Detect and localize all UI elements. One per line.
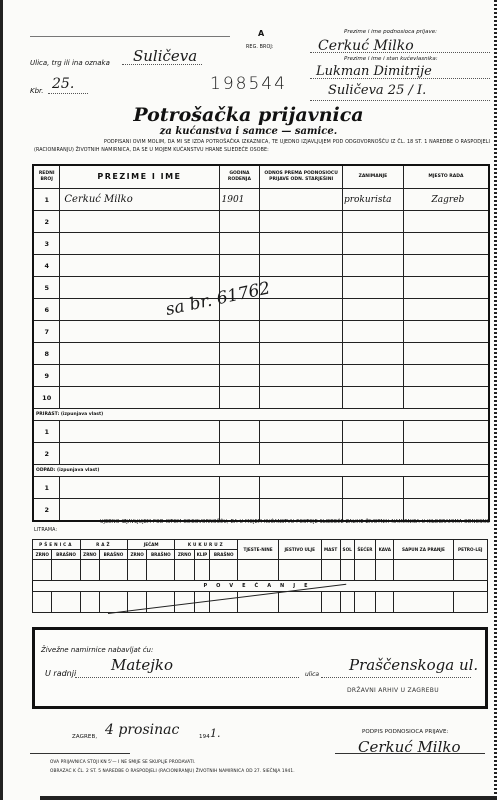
relation[interactable] xyxy=(260,189,343,211)
person-name[interactable] xyxy=(60,343,219,365)
household-table: REDNI BROJ PREZIME I IME GODINA RODENJA … xyxy=(32,164,490,522)
col-header-no: REDNI BROJ xyxy=(33,165,60,189)
workplace[interactable] xyxy=(403,233,489,255)
table-row: 3 xyxy=(33,233,489,255)
birth-year[interactable] xyxy=(219,421,260,443)
person-name[interactable] xyxy=(60,387,219,409)
owner-line xyxy=(310,78,490,79)
workplace[interactable] xyxy=(403,499,489,522)
workplace[interactable]: Zagreb xyxy=(403,189,489,211)
birth-year[interactable] xyxy=(219,443,260,465)
col-header-occupation: ZANIMANJE xyxy=(342,165,403,189)
stock-cell[interactable] xyxy=(80,592,99,613)
stock-cell[interactable] xyxy=(52,592,80,613)
relation[interactable] xyxy=(260,321,343,343)
stock-cell[interactable] xyxy=(376,560,394,581)
owner-label: Prezime i ime i stan kućevlasnika: xyxy=(344,56,438,62)
form-regulation-note: OBRAZAC K ČL. 2 ST. 5 NAREDBE O RASPODJE… xyxy=(50,769,295,774)
person-name[interactable] xyxy=(60,499,219,522)
col-header-lard: MAST xyxy=(321,540,340,560)
year-prefix: 194 xyxy=(199,734,210,740)
row-number: 5 xyxy=(33,277,60,299)
shop-line xyxy=(75,677,299,678)
stock-cell[interactable] xyxy=(278,592,321,613)
stock-cell[interactable] xyxy=(394,560,453,581)
occupation[interactable] xyxy=(342,211,403,233)
relation[interactable] xyxy=(260,299,343,321)
person-name[interactable]: Cerkuć Milko xyxy=(60,189,219,211)
occupation[interactable] xyxy=(342,477,403,499)
increase-band-label: POVEĆANJE xyxy=(33,581,488,592)
relation[interactable] xyxy=(260,365,343,387)
birth-year[interactable] xyxy=(219,365,260,387)
relation[interactable] xyxy=(260,477,343,499)
reg-number-label: REG. BROJ: xyxy=(246,45,274,50)
row-number: 10 xyxy=(33,387,60,409)
table-row: 8 xyxy=(33,343,489,365)
workplace[interactable] xyxy=(403,421,489,443)
group-header-barley: JEČAM xyxy=(127,540,174,550)
date-value: 4 prosinac xyxy=(105,722,179,738)
shop-street-label: ulica xyxy=(305,671,319,678)
price-note: OVA PRIJAVNICA STOJI KN 5'— I NE SMIJE S… xyxy=(50,760,195,765)
increase-section-header: PRIRAST: (izpunjava vlast) xyxy=(33,409,489,421)
stock-cell[interactable] xyxy=(278,560,321,581)
workplace[interactable] xyxy=(403,277,489,299)
row-number: 6 xyxy=(33,299,60,321)
stock-cell[interactable] xyxy=(394,592,453,613)
stock-cell[interactable] xyxy=(147,560,175,581)
year-value: 1. xyxy=(210,727,221,740)
increase-label: PRIRAST: (izpunjava vlast) xyxy=(33,409,489,421)
archive-stamp: DRŽAVNI ARHIV U ZAGREBU xyxy=(347,687,439,694)
owner-address-line xyxy=(310,100,490,101)
occupation[interactable] xyxy=(342,321,403,343)
stock-values-row xyxy=(33,560,488,581)
person-name[interactable] xyxy=(60,365,219,387)
workplace[interactable] xyxy=(403,343,489,365)
relation[interactable] xyxy=(260,233,343,255)
col-header-salt: SOL xyxy=(340,540,354,560)
relation[interactable] xyxy=(260,387,343,409)
person-name[interactable] xyxy=(60,321,219,343)
col-header-coffee: KAVA xyxy=(376,540,394,560)
relation[interactable] xyxy=(260,443,343,465)
household-header-row: REDNI BROJ PREZIME I IME GODINA RODENJA … xyxy=(33,165,489,189)
stock-cell[interactable] xyxy=(33,560,52,581)
stock-cell[interactable] xyxy=(340,592,354,613)
sub-header-corn-flour: BRAŠNO xyxy=(210,550,238,560)
applicant-label: Prezime i ime podnosioca prijave: xyxy=(344,29,437,35)
group-header-corn: KUKURUZ xyxy=(175,540,238,550)
stock-cell[interactable] xyxy=(376,592,394,613)
sub-header-rye-flour: BRAŠNO xyxy=(99,550,127,560)
shop-street-line xyxy=(321,677,471,678)
row-number: 1 xyxy=(33,477,60,499)
relation[interactable] xyxy=(260,277,343,299)
stock-cell[interactable] xyxy=(210,592,238,613)
workplace[interactable] xyxy=(403,255,489,277)
sub-header-wheat-flour: BRAŠNO xyxy=(52,550,80,560)
stock-cell[interactable] xyxy=(147,592,175,613)
workplace[interactable] xyxy=(403,443,489,465)
occupation[interactable] xyxy=(342,421,403,443)
relation[interactable] xyxy=(260,255,343,277)
shop-heading: Živežne namirnice nabavljat ću: xyxy=(41,646,153,654)
workplace[interactable] xyxy=(403,387,489,409)
col-header-oil: JESTIVO ULJE xyxy=(278,540,321,560)
street-label: Ulica, trg ili ina oznaka xyxy=(30,59,110,67)
decrease-section-header: ODPAD: (izpunjava vlast) xyxy=(33,465,489,477)
row-number: 1 xyxy=(33,421,60,443)
sub-header-corn-grain: ZRNO xyxy=(175,550,194,560)
row-number: 3 xyxy=(33,233,60,255)
shop-street-value: Praščenskoga ul. xyxy=(349,656,478,674)
workplace[interactable] xyxy=(403,477,489,499)
stock-cell[interactable] xyxy=(99,592,127,613)
top-rule xyxy=(30,36,230,37)
table-row: 2 xyxy=(33,211,489,233)
stock-cell[interactable] xyxy=(321,592,340,613)
birth-year[interactable] xyxy=(219,211,260,233)
table-row: 6 xyxy=(33,299,489,321)
table-row: 4 xyxy=(33,255,489,277)
form-subtitle: za kućanstva i samce — samice. xyxy=(0,126,497,137)
birth-year[interactable] xyxy=(219,499,260,522)
occupation[interactable] xyxy=(342,443,403,465)
row-number: 2 xyxy=(33,211,60,233)
intro-text: PODPISANI OVIM MOLIM, DA MI SE IZDA POTR… xyxy=(34,139,490,155)
col-header-name: PREZIME I IME xyxy=(60,165,219,189)
table-row: 1 xyxy=(33,421,489,443)
workplace[interactable] xyxy=(403,211,489,233)
col-header-relation: ODNOS PREMA PODNOSIOCU PRIJAVE ODN. STAR… xyxy=(260,165,343,189)
stock-cell[interactable] xyxy=(354,560,376,581)
stock-cell[interactable] xyxy=(453,592,487,613)
form-title: Potrošačka prijavnica xyxy=(0,104,497,126)
workplace[interactable] xyxy=(403,321,489,343)
occupation[interactable] xyxy=(342,299,403,321)
ration-registration-form: Ulica, trg ili ina oznaka Suličeva Kbr. … xyxy=(0,0,497,800)
stock-group-header-row: PŠENICA RAŽ JEČAM KUKURUZ TJESTE-NINE JE… xyxy=(33,540,488,550)
person-name[interactable] xyxy=(60,443,219,465)
shop-value: Matejko xyxy=(111,656,173,674)
occupation[interactable]: prokurista xyxy=(342,189,403,211)
occupation[interactable] xyxy=(342,499,403,522)
col-header-soap: SAPUN ZA PRANJE xyxy=(394,540,453,560)
decrease-label: ODPAD: (izpunjava vlast) xyxy=(33,465,489,477)
table-row: 10 xyxy=(33,387,489,409)
occupation[interactable] xyxy=(342,387,403,409)
street-value: Suličeva xyxy=(133,47,197,65)
stock-cell[interactable] xyxy=(453,560,487,581)
person-name[interactable] xyxy=(60,211,219,233)
birth-year[interactable] xyxy=(219,321,260,343)
stock-cell[interactable] xyxy=(238,560,279,581)
place-label: ZAGREB, xyxy=(72,734,97,740)
stock-cell[interactable] xyxy=(80,560,99,581)
table-row: 9 xyxy=(33,365,489,387)
workplace[interactable] xyxy=(403,365,489,387)
birth-year[interactable]: 1901 xyxy=(219,189,260,211)
stock-intro-text: UJEDNO IZJAVLJUJEM POD ISTOM ODGOVORNOŠĆ… xyxy=(34,519,490,535)
col-header-sugar: ŠEĆER xyxy=(354,540,376,560)
grocery-shop-box: Živežne namirnice nabavljat ću: U radnji… xyxy=(32,627,488,709)
table-row: 2 xyxy=(33,499,489,522)
row-number: 2 xyxy=(33,499,60,522)
birth-year[interactable] xyxy=(219,387,260,409)
table-row: 7 xyxy=(33,321,489,343)
series-letter: A xyxy=(258,29,264,38)
increase-band-row: POVEĆANJE xyxy=(33,581,488,592)
sub-header-wheat-grain: ZRNO xyxy=(33,550,52,560)
table-row: 1 xyxy=(33,477,489,499)
shop-label: U radnji xyxy=(45,669,76,678)
house-number-line xyxy=(48,93,88,94)
birth-year[interactable] xyxy=(219,477,260,499)
birth-year[interactable] xyxy=(219,255,260,277)
stock-cell[interactable] xyxy=(33,592,52,613)
sub-header-barley-grain: ZRNO xyxy=(127,550,146,560)
relation[interactable] xyxy=(260,499,343,522)
stock-cell[interactable] xyxy=(127,560,146,581)
person-name[interactable] xyxy=(60,421,219,443)
stock-cell[interactable] xyxy=(354,592,376,613)
footer-rule-left xyxy=(30,753,130,754)
row-number: 7 xyxy=(33,321,60,343)
stock-cell[interactable] xyxy=(210,560,238,581)
col-header-petroleum: PETRO-LEJ xyxy=(453,540,487,560)
reg-number-value: 198544 xyxy=(210,74,287,94)
sub-header-barley-flour: BRAŠNO xyxy=(147,550,175,560)
workplace[interactable] xyxy=(403,299,489,321)
col-header-pasta: TJESTE-NINE xyxy=(238,540,279,560)
occupation[interactable] xyxy=(342,365,403,387)
birth-year[interactable] xyxy=(219,233,260,255)
applicant-line xyxy=(310,52,490,53)
col-header-workplace: MJESTO RADA xyxy=(403,165,489,189)
stock-cell[interactable] xyxy=(175,560,194,581)
row-number: 4 xyxy=(33,255,60,277)
birth-year[interactable] xyxy=(219,343,260,365)
person-name[interactable] xyxy=(60,255,219,277)
stock-cell[interactable] xyxy=(52,560,80,581)
relation[interactable] xyxy=(260,421,343,443)
table-row: 1 Cerkuć Milko 1901 prokurista Zagreb xyxy=(33,189,489,211)
house-number-label: Kbr. xyxy=(30,87,44,95)
sub-header-corn-cob: KLIP xyxy=(194,550,210,560)
owner-address: Suličeva 25 / I. xyxy=(328,83,426,98)
food-stock-table: PŠENICA RAŽ JEČAM KUKURUZ TJESTE-NINE JE… xyxy=(32,539,488,613)
owner-value: Lukman Dimitrije xyxy=(316,64,432,79)
stock-cell[interactable] xyxy=(99,560,127,581)
occupation[interactable] xyxy=(342,233,403,255)
row-number: 2 xyxy=(33,443,60,465)
house-number-value: 25. xyxy=(52,76,74,92)
sub-header-rye-grain: ZRNO xyxy=(80,550,99,560)
street-line xyxy=(122,64,202,65)
stock-cell[interactable] xyxy=(321,560,340,581)
relation[interactable] xyxy=(260,211,343,233)
col-header-year: GODINA RODENJA xyxy=(219,165,260,189)
row-number: 1 xyxy=(33,189,60,211)
relation[interactable] xyxy=(260,343,343,365)
footer-rule-right xyxy=(335,753,485,754)
table-row: 2 xyxy=(33,443,489,465)
row-number: 9 xyxy=(33,365,60,387)
stock-cell[interactable] xyxy=(194,560,210,581)
group-header-wheat: PŠENICA xyxy=(33,540,81,550)
stock-cell[interactable] xyxy=(340,560,354,581)
bottom-edge xyxy=(40,796,497,800)
person-name[interactable] xyxy=(60,477,219,499)
signature-label: PODPIS PODNOSIOCA PRIJAVE: xyxy=(362,729,449,735)
group-header-rye: RAŽ xyxy=(80,540,127,550)
occupation[interactable] xyxy=(342,255,403,277)
occupation[interactable] xyxy=(342,277,403,299)
row-number: 8 xyxy=(33,343,60,365)
person-name[interactable] xyxy=(60,233,219,255)
occupation[interactable] xyxy=(342,343,403,365)
